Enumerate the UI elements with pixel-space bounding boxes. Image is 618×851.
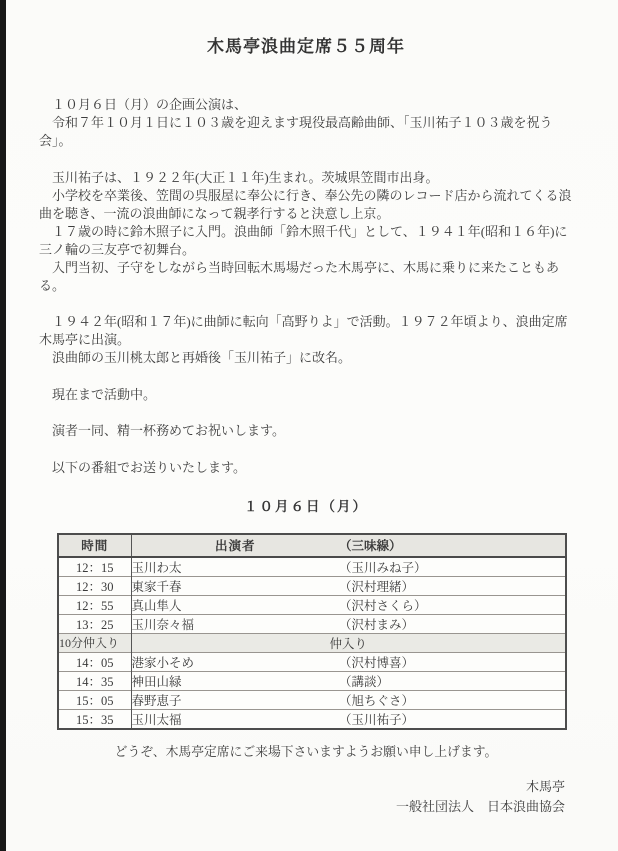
body-line: 小学校を卒業後、笠間の呉服屋に奉公に行き、奉公先の隣のレコード店から流れてくる浪 [39,187,573,205]
document-content: 木馬亭浪曲定席５５周年 １０月６日（月）の企画公演は、 令和７年１０月１日に１０… [39,36,573,817]
body-line: 令和７年１０月１日に１０３歳を迎えます現役最高齢曲師、「玉川祐子１０３歳を祝う [39,114,573,132]
program-table: 時間 出演者 （三味線） 12：15 玉川わ太 （玉川みね子） 12：30 東家… [57,533,567,730]
signature-organization: 一般社団法人 日本浪曲協会 [39,797,565,817]
table-row: 15：35 玉川太福 （玉川祐子） [58,709,566,729]
table-row: 13：25 玉川奈々福 （沢村まみ） [58,614,566,633]
performer-cell: 東家千春 [131,576,339,595]
body-line: 木馬亭に出演。 [39,331,573,349]
body-line: る。 [39,277,573,295]
intermission-duration-cell: 10分仲入り [58,633,131,652]
intermission-row: 10分仲入り 仲入り [58,633,566,652]
time-cell: 12：30 [58,576,131,595]
time-cell: 13：25 [58,614,131,633]
table-row: 12：55 真山隼人 （沢村さくら） [58,595,566,614]
body-line: 三ノ輪の三友亭で初舞台。 [39,241,573,259]
intermission-label-cell: 仲入り [131,633,566,652]
performer-cell: 春野恵子 [131,690,339,709]
performer-cell: 玉川奈々福 [131,614,339,633]
time-cell: 14：05 [58,652,131,671]
shamisen-cell: （講談） [339,671,566,690]
performer-cell: 玉川太福 [131,709,339,729]
table-row: 12：15 玉川わ太 （玉川みね子） [58,557,566,577]
body-line: 以下の番組でお送りいたします。 [39,459,573,477]
table-row: 14：35 神田山緑 （講談） [58,671,566,690]
scanned-document: { "document": { "title": "木馬亭浪曲定席５５周年", … [0,0,618,851]
signature-venue: 木馬亭 [39,777,565,797]
time-cell: 14：35 [58,671,131,690]
performer-cell: 玉川わ太 [131,557,339,577]
table-row: 14：05 港家小そめ （沢村博喜） [58,652,566,671]
shamisen-cell: （旭ちぐさ） [339,690,566,709]
time-cell: 12：15 [58,557,131,577]
body-line: 曲を聴き、一流の浪曲師になって親孝行すると決意し上京。 [39,205,573,223]
table-row: 12：30 東家千春 （沢村理緒） [58,576,566,595]
program-date-heading: １０月６日（月） [39,497,573,516]
column-header-time: 時間 [58,534,131,557]
shamisen-cell: （沢村さくら） [339,595,566,614]
body-line: 浪曲師の玉川桃太郎と再婚後「玉川祐子」に改名。 [39,349,573,367]
shamisen-cell: （玉川みね子） [339,557,566,577]
time-cell: 12：55 [58,595,131,614]
performer-cell: 神田山緑 [131,671,339,690]
closing-request-line: どうぞ、木馬亭定席にご来場下さいますようお願い申し上げます。 [39,743,573,761]
table-header-row: 時間 出演者 （三味線） [58,534,566,557]
column-header-shamisen: （三味線） [339,534,566,557]
body-line: １０月６日（月）の企画公演は、 [39,96,573,114]
shamisen-cell: （沢村理緒） [339,576,566,595]
document-page: 木馬亭浪曲定席５５周年 １０月６日（月）の企画公演は、 令和７年１０月１日に１０… [6,0,618,851]
table-row: 15：05 春野恵子 （旭ちぐさ） [58,690,566,709]
body-line: 演者一同、精一杯務めてお祝いします。 [39,422,573,440]
body-line: 現在まで活動中。 [39,386,573,404]
time-cell: 15：35 [58,709,131,729]
body-line: 会」。 [39,132,573,150]
performer-cell: 港家小そめ [131,652,339,671]
body-line: １７歳の時に鈴木照子に入門。浪曲師「鈴木照千代」として、１９４１年(昭和１６年)… [39,223,573,241]
body-line: 入門当初、子守をしながら当時回転木馬場だった木馬亭に、木馬に乗りに来たこともあ [39,259,573,277]
shamisen-cell: （玉川祐子） [339,709,566,729]
body-line: １９４２年(昭和１７年)に曲師に転向「高野りよ」で活動。１９７２年頃より、浪曲定… [39,313,573,331]
signature-block: 木馬亭 一般社団法人 日本浪曲協会 [39,777,573,817]
document-title: 木馬亭浪曲定席５５周年 [39,36,573,58]
column-header-performer: 出演者 [131,534,339,557]
performer-cell: 真山隼人 [131,595,339,614]
body-line: 玉川祐子は、１９２２年(大正１１年)生まれ。茨城県笠間市出身。 [39,169,573,187]
time-cell: 15：05 [58,690,131,709]
shamisen-cell: （沢村まみ） [339,614,566,633]
shamisen-cell: （沢村博喜） [339,652,566,671]
